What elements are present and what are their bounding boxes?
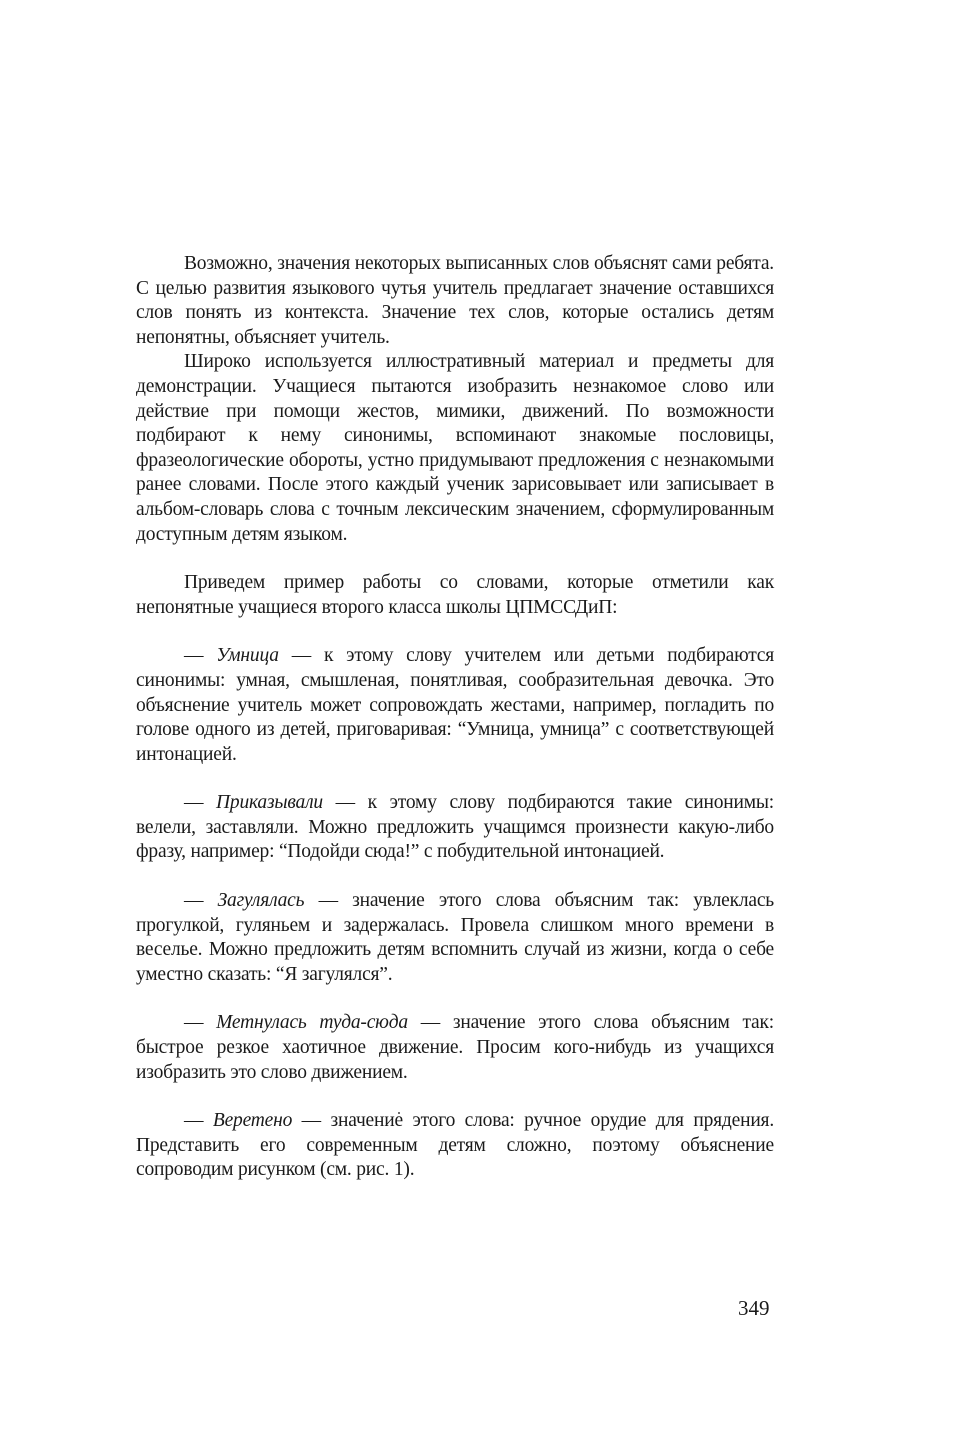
- entry-dash: —: [184, 1110, 213, 1131]
- vocabulary-entry-umnitsa: — Умница — к этому слову учителем или де…: [136, 644, 774, 767]
- spacer: [136, 987, 774, 1011]
- entry-term: Метнулась туда-сюда: [216, 1012, 408, 1033]
- entry-term: Загулялась: [218, 890, 305, 911]
- paragraph-illustrative-material: Широко используется иллюстративный матер…: [136, 350, 774, 547]
- entry-dash: —: [184, 1012, 216, 1033]
- entry-dash: —: [184, 792, 216, 813]
- vocabulary-entry-vereteno: — Веретено — значение этого слова: ручно…: [136, 1109, 774, 1183]
- page-number: 349: [738, 1296, 770, 1320]
- entry-dash: —: [184, 890, 218, 911]
- scan-speck: [398, 1112, 400, 1114]
- vocabulary-entry-zagulyalas: — Загулялась — значение этого слова объя…: [136, 889, 774, 987]
- entry-term: Умница: [216, 645, 279, 666]
- paragraph-example-intro: Приведем пример работы со словами, котор…: [136, 571, 774, 620]
- paragraph-context-meaning: Возможно, значения некоторых выписанных …: [136, 252, 774, 350]
- entry-term: Приказывали: [216, 792, 323, 813]
- spacer: [136, 865, 774, 889]
- spacer: [136, 547, 774, 571]
- entry-dash: —: [184, 645, 216, 666]
- spacer: [136, 620, 774, 644]
- spacer: [136, 1085, 774, 1109]
- entry-term: Веретено: [213, 1110, 292, 1131]
- document-page: Возможно, значения некоторых выписанных …: [136, 252, 774, 1183]
- spacer: [136, 767, 774, 791]
- vocabulary-entry-prikazyvali: — Приказывали — к этому слову подбираютс…: [136, 791, 774, 865]
- vocabulary-entry-metnulas: — Метнулась туда-сюда — значение этого с…: [136, 1011, 774, 1085]
